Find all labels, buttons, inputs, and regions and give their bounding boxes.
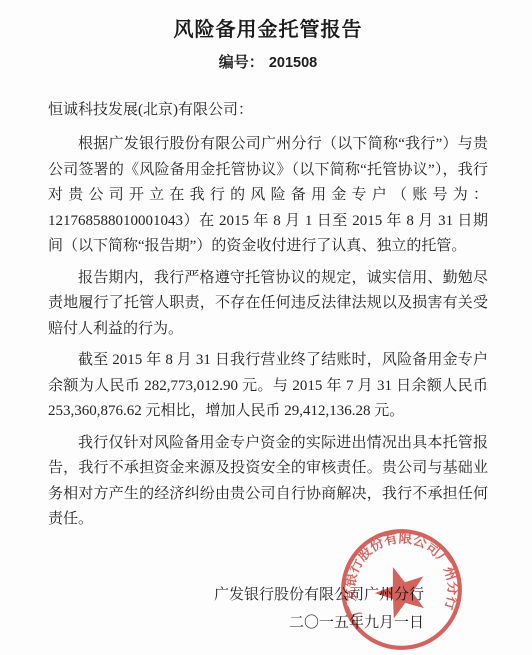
report-content: 风险备用金托管报告 编号：201508 恒诚科技发展(北京)有限公司： 根据广发… (0, 0, 532, 637)
signature-line: 广发银行股份有限公司广州分行 (48, 581, 424, 609)
report-page: 风险备用金托管报告 编号：201508 恒诚科技发展(北京)有限公司： 根据广发… (0, 0, 532, 655)
body-paragraph-1: 根据广发银行股份有限公司广州分行（以下简称“我行”）与贵公司签署的《风险备用金托… (48, 132, 488, 260)
doc-number-line: 编号：201508 (48, 51, 488, 72)
body-paragraph-4: 我行仅针对风险备用金专户资金的实际进出情况出具本托管报告，我行不承担资金来源及投… (48, 431, 488, 533)
body-paragraph-3: 截至 2015 年 8 月 31 日我行营业终了结账时，风险备用金专户余额为人民… (48, 348, 488, 425)
doc-number-value: 201508 (269, 55, 317, 71)
doc-number-label: 编号： (219, 55, 264, 71)
report-title: 风险备用金托管报告 (48, 13, 488, 42)
recipient-line: 恒诚科技发展(北京)有限公司： (48, 98, 488, 119)
date-line: 二〇一五年九月一日 (48, 609, 424, 637)
body-paragraph-2: 报告期内，我行严格遵守托管协议的规定，诚实信用、勤勉尽责地履行了托管人职责，不存… (48, 266, 488, 343)
closing-block: 广发银行股份有限公司广州分行 二〇一五年九月一日 (48, 581, 488, 637)
